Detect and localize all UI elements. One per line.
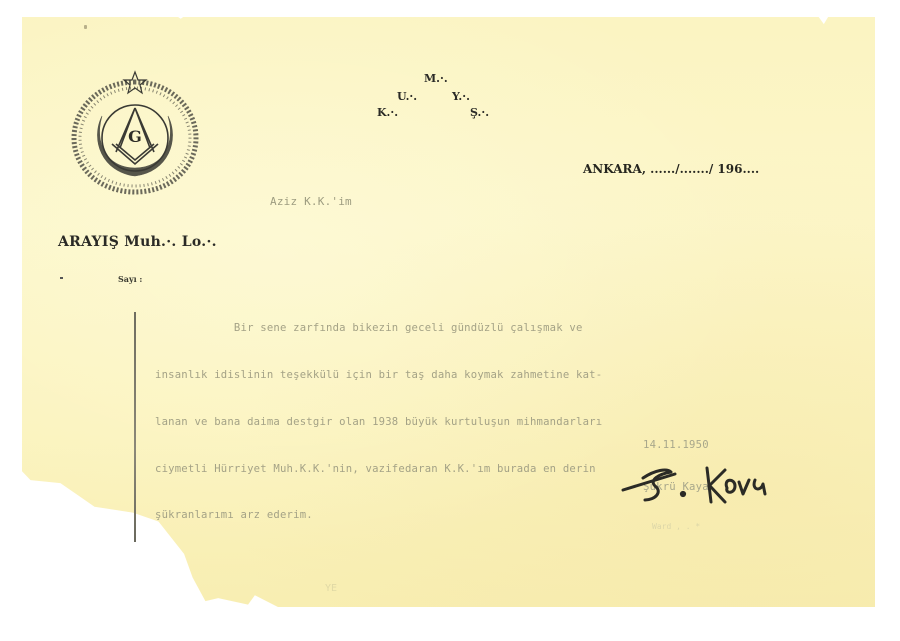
triangle-bottom-right: Ş.·. [470, 106, 489, 119]
salutation: Aziz K.K.'im [270, 195, 352, 208]
body-line: insanlık idislinin teşekkülü için bir ta… [155, 368, 602, 384]
body-line: şükranlarımı arz ederim. [155, 508, 602, 524]
margin-rule [134, 312, 136, 542]
triangle-middle-left: U.·. [397, 90, 417, 103]
body-line: ciymetli Hürriyet Muh.K.K.'nin, vazifeda… [155, 462, 602, 478]
masonic-emblem-icon: G [60, 68, 210, 198]
number-label: Sayı : [118, 274, 142, 284]
body-line: lanan ve bana daima destgir olan 1938 bü… [155, 415, 602, 431]
handwritten-signature [615, 450, 785, 510]
ink-speck [84, 25, 87, 29]
place-date-line: ANKARA, ....../......./ 196.... [583, 162, 759, 176]
svg-text:G: G [128, 127, 142, 146]
margin-mark [60, 277, 63, 279]
faded-stamp-text: Ward , . * [652, 522, 700, 531]
body-line: Bir sene zarfında bikezin geceli gündüzl… [155, 321, 602, 337]
triangle-top: M.·. [424, 72, 448, 85]
letter-body: Bir sene zarfında bikezin geceli gündüzl… [155, 290, 602, 540]
lodge-name: ARAYIŞ Muh.·. Lo.·. [58, 234, 217, 250]
faded-bottom-text: YE [325, 583, 337, 594]
triangle-middle-right: Y.·. [452, 90, 470, 103]
triangle-bottom-left: K.·. [377, 106, 398, 119]
